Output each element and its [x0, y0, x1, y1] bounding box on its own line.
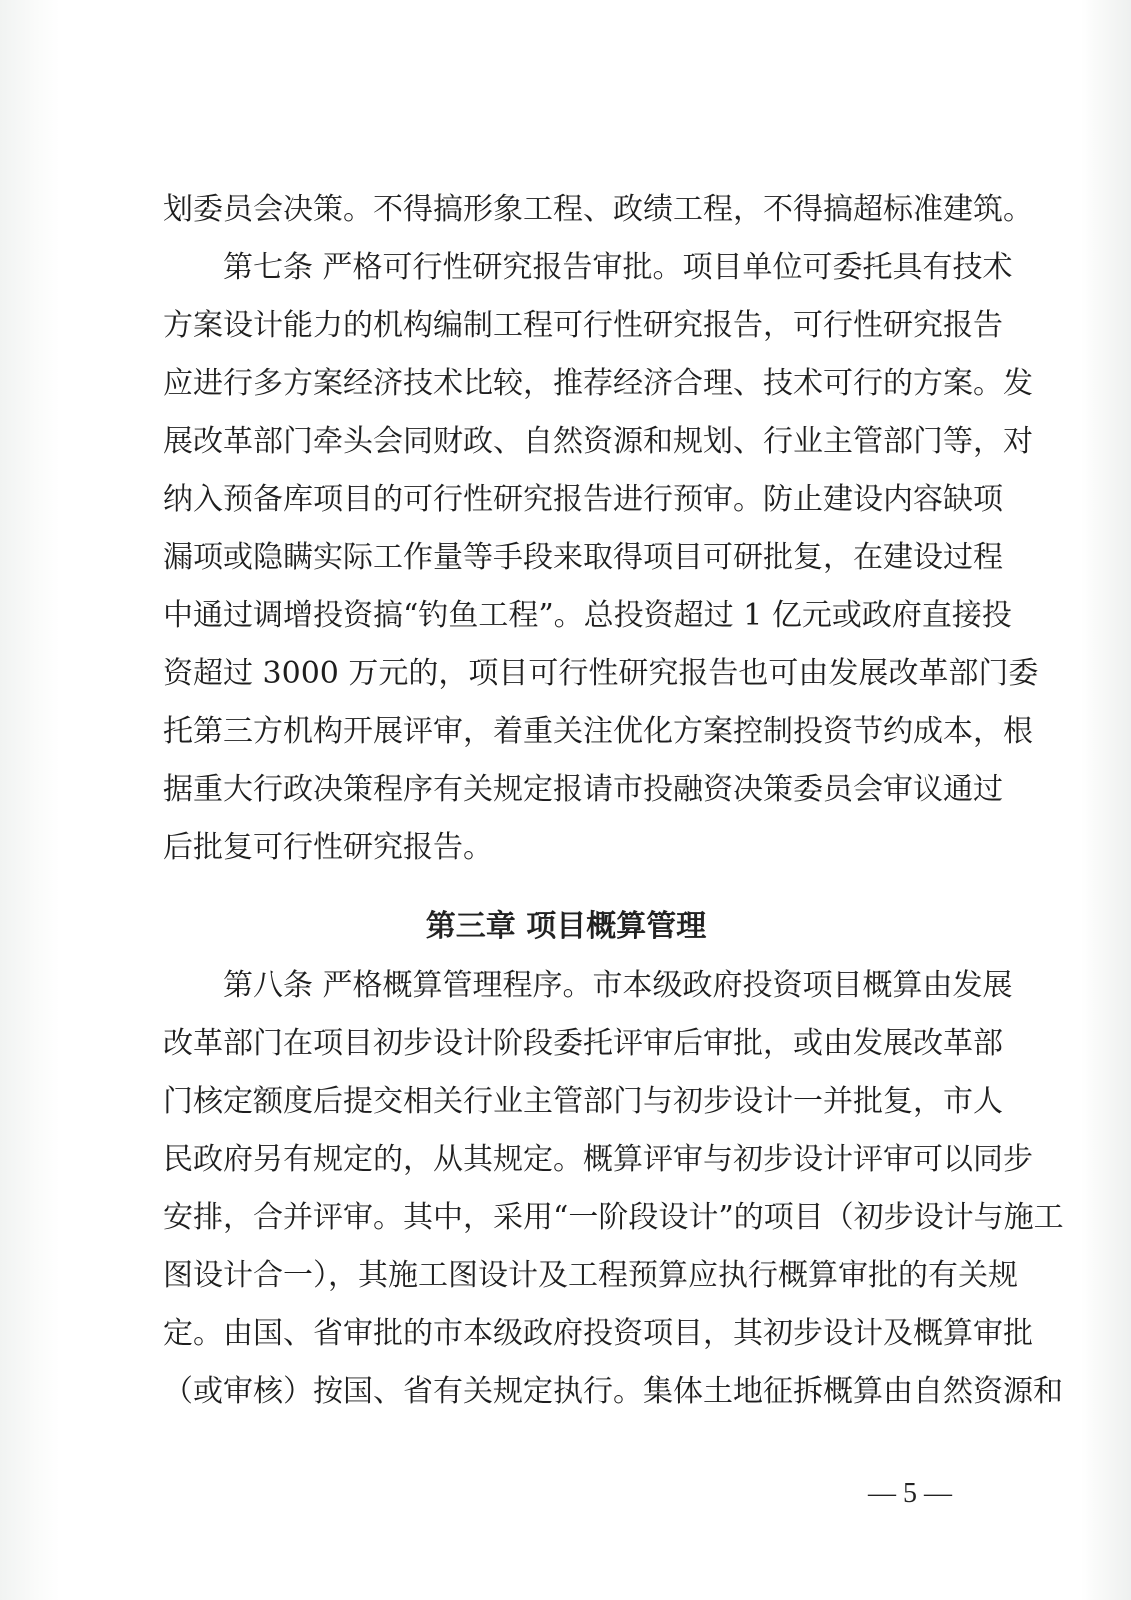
article-8-line: 定。由国、省审批的市本级政府投资项目，其初步设计及概算审批 [163, 1312, 969, 1356]
article-7-line: 纳入预备库项目的可行性研究报告进行预审。防止建设内容缺项 [163, 478, 969, 522]
article-7-line: 中通过调增投资搞“钓鱼工程”。总投资超过 1 亿元或政府直接投 [163, 594, 969, 638]
article-7-line: 漏项或隐瞒实际工作量等手段来取得项目可研批复，在建设过程 [163, 536, 969, 580]
article-7-line: 托第三方机构开展评审，着重关注优化方案控制投资节约成本，根 [163, 710, 969, 754]
paragraph-continuation-line: 划委员会决策。不得搞形象工程、政绩工程，不得搞超标准建筑。 [163, 188, 969, 232]
article-8-line: 第八条 严格概算管理程序。市本级政府投资项目概算由发展 [223, 964, 969, 1008]
article-8-line: 门核定额度后提交相关行业主管部门与初步设计一并批复，市人 [163, 1080, 969, 1124]
article-7-line: 资超过 3000 万元的，项目可行性研究报告也可由发展改革部门委 [163, 652, 969, 696]
page-edge-shadow-left [0, 0, 60, 1600]
article-8-line: 安排，合并评审。其中，采用“一阶段设计”的项目（初步设计与施工 [163, 1196, 969, 1240]
article-8-line: 民政府另有规定的，从其规定。概算评审与初步设计评审可以同步 [163, 1138, 969, 1182]
article-7-line: 应进行多方案经济技术比较，推荐经济合理、技术可行的方案。发 [163, 362, 969, 406]
article-7-line: 第七条 严格可行性研究报告审批。项目单位可委托具有技术 [223, 246, 969, 290]
article-8-line: （或审核）按国、省有关规定执行。集体土地征拆概算由自然资源和 [163, 1370, 969, 1414]
chapter-title: 第三章 项目概算管理 [163, 904, 969, 950]
article-8-line: 图设计合一），其施工图设计及工程预算应执行概算审批的有关规 [163, 1254, 969, 1298]
article-8-line: 改革部门在项目初步设计阶段委托评审后审批，或由发展改革部 [163, 1022, 969, 1066]
page-number: — 5 — [860, 1474, 960, 1514]
article-7-line: 展改革部门牵头会同财政、自然资源和规划、行业主管部门等，对 [163, 420, 969, 464]
article-7-line: 后批复可行性研究报告。 [163, 826, 969, 870]
article-7-line: 方案设计能力的机构编制工程可行性研究报告，可行性研究报告 [163, 304, 969, 348]
page-edge-shadow-right [1081, 0, 1131, 1600]
article-7-line: 据重大行政决策程序有关规定报请市投融资决策委员会审议通过 [163, 768, 969, 812]
